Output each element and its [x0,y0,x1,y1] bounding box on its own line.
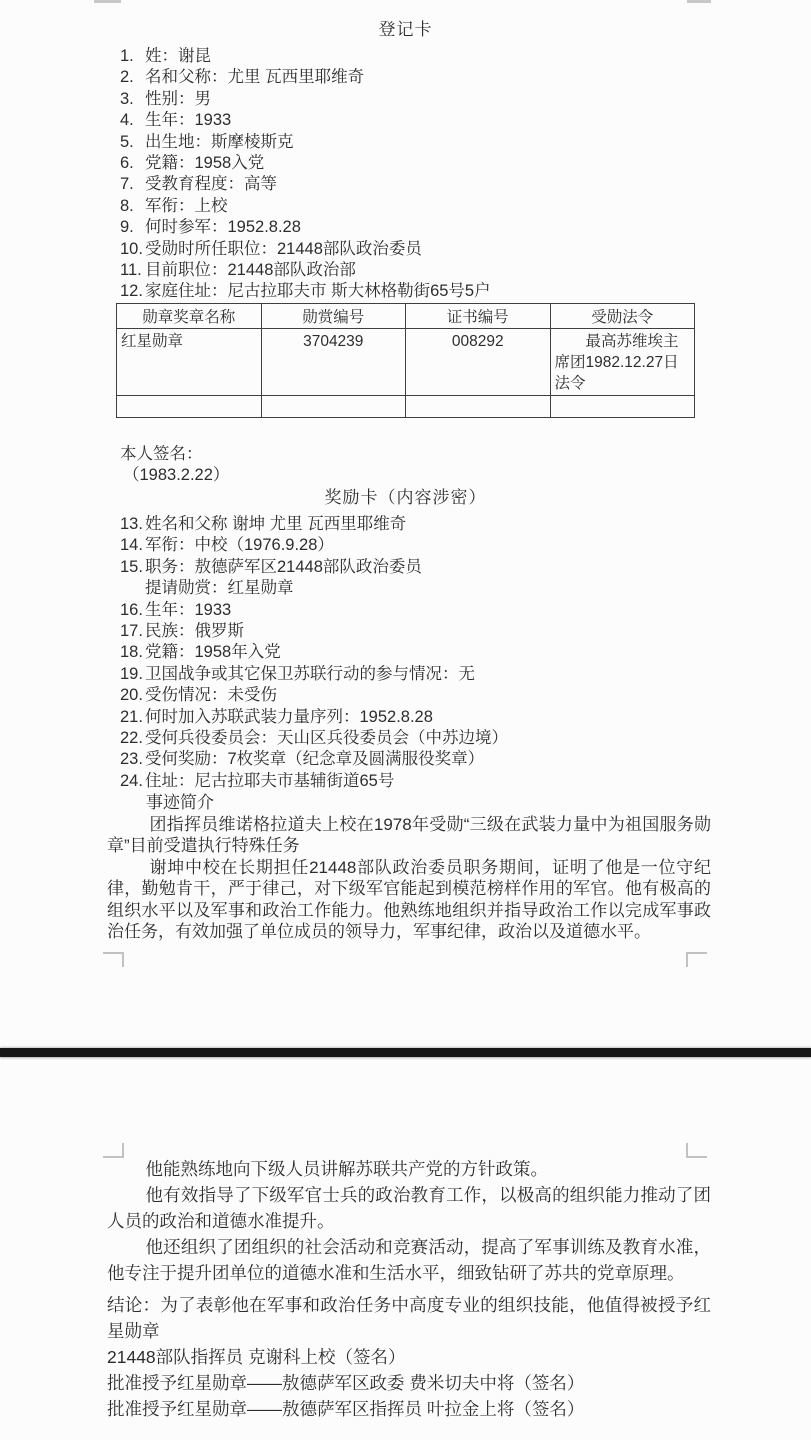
deeds-paragraphs: 团指挥员维诺格拉道夫上校在1978年受勋“三级在武装力量中为祖国服务勋章”目前受… [107,814,711,943]
item-text: 党籍：1958年入党 [145,642,811,663]
item-number: 7. [120,174,145,195]
signature-block: 本人签名： （1983.2.22） [120,444,811,487]
list-item: 6.党籍：1958入党 [120,153,811,174]
item-number: 22. [120,728,145,749]
table-row: 红星勋章 3704239 008292 最高苏维埃主席团1982.12.27日法… [117,328,695,395]
page2-text: 他能熟练地向下级人员讲解苏联共产党的方针政策。 他有效指导了下级军官士兵的政治教… [107,1156,711,1422]
item-text: 生年：1933 [145,110,811,131]
item-text: 何时加入苏联武装力量序列：1952.8.28 [145,707,811,728]
item-text: 军衔：中校（1976.9.28） [145,535,811,556]
item-number: 20. [120,685,145,706]
award-card-title: 奖励卡（内容涉密） [0,487,811,509]
paragraph: 谢坤中校在长期担任21448部队政治委员职务期间，证明了他是一位守纪律，勤勉肯干… [107,857,711,943]
item-text: 家庭住址：尼古拉耶夫市 斯大林格勒街65号5户 [145,281,811,302]
list-item: 4.生年：1933 [120,110,811,131]
table-header-cell: 勋赏编号 [261,303,406,328]
item-text: 受何奖励：7枚奖章（纪念章及圆满服役奖章） [145,749,811,770]
award-card-list: 13.姓名和父称 谢坤 尤里 瓦西里耶维奇 14.军衔：中校（1976.9.28… [120,514,811,792]
list-item: 1.姓：谢昆 [120,46,811,67]
item-number: 13. [120,514,145,535]
item-text: 目前职位：21448部队政治部 [145,260,811,281]
paragraph: 他有效指导了下级军官士兵的政治教育工作，以极高的组织能力推动了团人员的政治和道德… [107,1182,711,1234]
table-cell [261,395,406,417]
paragraph: 他能熟练地向下级人员讲解苏联共产党的方针政策。 [107,1156,711,1182]
table-header-cell: 勋章奖章名称 [117,303,262,328]
item-number: 16. [120,600,145,621]
paragraph: 他还组织了团组织的社会活动和竞赛活动，提高了军事训练及教育水准，他专注于提升团单… [107,1234,711,1286]
item-text: 受教育程度：高等 [145,174,811,195]
table-cell [117,395,262,417]
list-item: 12.家庭住址：尼古拉耶夫市 斯大林格勒街65号5户 [120,281,811,302]
item-text: 受伤情况：未受伤 [145,685,811,706]
signature-label: 本人签名： [120,444,811,466]
item-number: 6. [120,153,145,174]
item-number: 17. [120,621,145,642]
item-number: 5. [120,132,145,153]
list-item: 22.受何兵役委员会：天山区兵役委员会（中苏边境） [120,728,811,749]
item-number: 18. [120,642,145,663]
page-2: 他能熟练地向下级人员讲解苏联共产党的方针政策。 他有效指导了下级军官士兵的政治教… [0,1156,811,1422]
table-header-cell: 证书编号 [406,303,551,328]
item-number: 2. [120,67,145,88]
paragraph: 团指挥员维诺格拉道夫上校在1978年受勋“三级在武装力量中为祖国服务勋章”目前受… [107,814,711,857]
item-text: 生年：1933 [145,600,811,621]
item-text: 出生地：斯摩棱斯克 [145,132,811,153]
signature-line: 批准授予红星勋章——敖德萨军区政委 费米切夫中将（签名） [107,1370,711,1396]
list-item: 9.何时参军：1952.8.28 [120,217,811,238]
table-header-cell: 受勋法令 [550,303,695,328]
list-item: 17.民族：俄罗斯 [120,621,811,642]
item-number: 9. [120,217,145,238]
item-text: 党籍：1958入党 [145,153,811,174]
item-number: 8. [120,196,145,217]
list-item: 14.军衔：中校（1976.9.28） [120,535,811,556]
item-number: 1. [120,46,145,67]
item-text: 卫国战争或其它保卫苏联行动的参与情况：无 [145,664,811,685]
list-item: 16.生年：1933 [120,600,811,621]
crop-mark-page1-bottom-right [686,952,707,967]
list-item: 7.受教育程度：高等 [120,174,811,195]
document-photo: 登记卡 1.姓：谢昆 2.名和父称：尤里 瓦西里耶维奇 3.性别：男 4.生年：… [0,0,811,1440]
item-number: 15. [120,557,145,578]
item-number: 24. [120,771,145,792]
list-item: 8.军衔：上校 [120,196,811,217]
item-number: 11. [120,260,145,281]
signature-date: （1983.2.22） [120,465,811,487]
item-number: 19. [120,664,145,685]
item-text: 民族：俄罗斯 [145,621,811,642]
list-item: 19.卫国战争或其它保卫苏联行动的参与情况：无 [120,664,811,685]
signature-line: 21448部队指挥员 克谢科上校（签名） [107,1344,711,1370]
awards-table: 勋章奖章名称 勋赏编号 证书编号 受勋法令 红星勋章 3704239 00829… [116,303,695,418]
list-item: 23.受何奖励：7枚奖章（纪念章及圆满服役奖章） [120,749,811,770]
item-number: 21. [120,707,145,728]
list-item: 20.受伤情况：未受伤 [120,685,811,706]
item-number [120,578,145,599]
item-text: 姓：谢昆 [145,46,811,67]
registration-card-title: 登记卡 [0,0,811,41]
conclusion: 结论：为了表彰他在军事和政治任务中高度专业的组织技能，他值得被授予红星勋章 [107,1292,711,1344]
list-item: 13.姓名和父称 谢坤 尤里 瓦西里耶维奇 [120,514,811,535]
deeds-heading: 事迹简介 [146,792,711,814]
list-item: 2.名和父称：尤里 瓦西里耶维奇 [120,67,811,88]
item-number: 10. [120,239,145,260]
table-cell-award-number: 3704239 [261,328,406,395]
list-item: 5.出生地：斯摩棱斯克 [120,132,811,153]
table-cell [550,395,695,417]
list-item: 3.性别：男 [120,89,811,110]
item-text: 军衔：上校 [145,196,811,217]
crop-mark-page1-bottom-left [103,952,124,967]
item-text: 住址：尼古拉耶夫市基辅街道65号 [145,771,811,792]
list-item: 10.受勋时所任职位：21448部队政治委员 [120,239,811,260]
table-cell-medal-name: 红星勋章 [117,328,262,395]
table-header-row: 勋章奖章名称 勋赏编号 证书编号 受勋法令 [117,303,695,328]
item-text: 名和父称：尤里 瓦西里耶维奇 [145,67,811,88]
item-text: 职务：敖德萨军区21448部队政治委员 [145,557,811,578]
table-cell-certificate-number: 008292 [406,328,551,395]
table-row-empty [117,395,695,417]
item-number: 14. [120,535,145,556]
registration-list: 1.姓：谢昆 2.名和父称：尤里 瓦西里耶维奇 3.性别：男 4.生年：1933… [120,46,811,303]
item-number: 3. [120,89,145,110]
item-text: 受何兵役委员会：天山区兵役委员会（中苏边境） [145,728,811,749]
table-cell [406,395,551,417]
list-item: 15.职务：敖德萨军区21448部队政治委员 [120,557,811,578]
list-item: 18.党籍：1958年入党 [120,642,811,663]
item-number: 12. [120,281,145,302]
page-divider-bar [0,1048,811,1057]
item-number: 4. [120,110,145,131]
item-text: 受勋时所任职位：21448部队政治委员 [145,239,811,260]
table-cell-decree: 最高苏维埃主席团1982.12.27日法令 [550,328,695,395]
list-item: 24.住址：尼古拉耶夫市基辅街道65号 [120,771,811,792]
list-item: 21.何时加入苏联武装力量序列：1952.8.28 [120,707,811,728]
list-item: 11.目前职位：21448部队政治部 [120,260,811,281]
item-number: 23. [120,749,145,770]
item-text: 提请勋赏：红星勋章 [145,578,811,599]
item-text: 姓名和父称 谢坤 尤里 瓦西里耶维奇 [145,514,811,535]
item-text: 何时参军：1952.8.28 [145,217,811,238]
signature-line: 批准授予红星勋章——敖德萨军区指挥员 叶拉金上将（签名） [107,1396,711,1422]
item-text: 性别：男 [145,89,811,110]
page-1: 登记卡 1.姓：谢昆 2.名和父称：尤里 瓦西里耶维奇 3.性别：男 4.生年：… [0,0,811,943]
list-item-sub: 提请勋赏：红星勋章 [120,578,811,599]
